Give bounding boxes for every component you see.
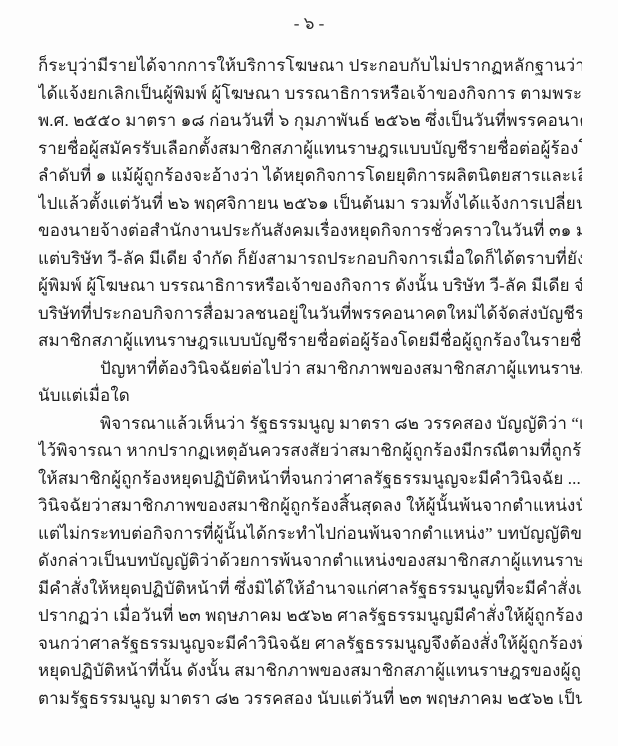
text-line: วินิจฉัยว่าสมาชิกภาพของสมาชิกผู้ถูกร้องส… bbox=[38, 492, 582, 520]
text-line: ดังกล่าวเป็นบทบัญญัติว่าด้วยการพ้นจากตำแ… bbox=[38, 547, 582, 575]
document-body: ก็ระบุว่ามีรายได้จากการให้บริการโฆษณา ปร… bbox=[0, 52, 618, 712]
document-page: - ๖ - ก็ระบุว่ามีรายได้จากการให้บริการโฆ… bbox=[0, 0, 618, 746]
text-line-paragraph-start: ปัญหาที่ต้องวินิจฉัยต่อไปว่า สมาชิกภาพขอ… bbox=[38, 355, 582, 383]
text-line: ตามรัฐธรรมนูญ มาตรา ๘๒ วรรคสอง นับแต่วัน… bbox=[38, 685, 582, 713]
text-line: ปรากฏว่า เมื่อวันที่ ๒๓ พฤษภาคม ๒๕๖๒ ศาล… bbox=[38, 602, 582, 630]
page-number: - ๖ - bbox=[294, 14, 325, 33]
text-line: ก็ระบุว่ามีรายได้จากการให้บริการโฆษณา ปร… bbox=[38, 52, 582, 80]
text-line-paragraph-start: พิจารณาแล้วเห็นว่า รัฐธรรมนูญ มาตรา ๘๒ ว… bbox=[38, 410, 582, 438]
text-line: รายชื่อผู้สมัครรับเลือกตั้งสมาชิกสภาผู้แ… bbox=[38, 135, 582, 163]
text-line: ของนายจ้างต่อสำนักงานประกันสังคมเรื่องหย… bbox=[38, 217, 582, 245]
text-line: ไว้พิจารณา หากปรากฏเหตุอันควรสงสัยว่าสมา… bbox=[38, 437, 582, 465]
text-line: สมาชิกสภาผู้แทนราษฎรแบบบัญชีรายชื่อต่อผู… bbox=[38, 327, 582, 355]
text-line: จนกว่าศาลรัฐธรรมนูญจะมีคำวินิจฉัย ศาลรัฐ… bbox=[38, 630, 582, 658]
text-line: แต่ไม่กระทบต่อกิจการที่ผู้นั้นได้กระทำไป… bbox=[38, 520, 582, 548]
page-header: - ๖ - bbox=[0, 0, 618, 35]
text-line: ผู้พิมพ์ ผู้โฆษณา บรรณาธิการหรือเจ้าของก… bbox=[38, 272, 582, 300]
text-line: ให้สมาชิกผู้ถูกร้องหยุดปฏิบัติหน้าที่จนก… bbox=[38, 465, 582, 493]
text-line: พ.ศ. ๒๕๕๐ มาตรา ๑๘ ก่อนวันที่ ๖ กุมภาพัน… bbox=[38, 107, 582, 135]
text-line: มีคำสั่งให้หยุดปฏิบัติหน้าที่ ซึ่งมิได้ใ… bbox=[38, 575, 582, 603]
text-line: บริษัทที่ประกอบกิจการสื่อมวลชนอยู่ในวันท… bbox=[38, 300, 582, 328]
text-line: แต่บริษัท วี-ลัค มีเดีย จำกัด ก็ยังสามาร… bbox=[38, 245, 582, 273]
text-line: ไปแล้วตั้งแต่วันที่ ๒๖ พฤศจิกายน ๒๕๖๑ เป… bbox=[38, 190, 582, 218]
text-line: นับแต่เมื่อใด bbox=[38, 382, 582, 410]
text-line: หยุดปฏิบัติหน้าที่นั้น ดังนั้น สมาชิกภาพ… bbox=[38, 657, 582, 685]
text-line: ลำดับที่ ๑ แม้ผู้ถูกร้องจะอ้างว่า ได้หยุ… bbox=[38, 162, 582, 190]
text-line: ได้แจ้งยกเลิกเป็นผู้พิมพ์ ผู้โฆษณา บรรณา… bbox=[38, 80, 582, 108]
